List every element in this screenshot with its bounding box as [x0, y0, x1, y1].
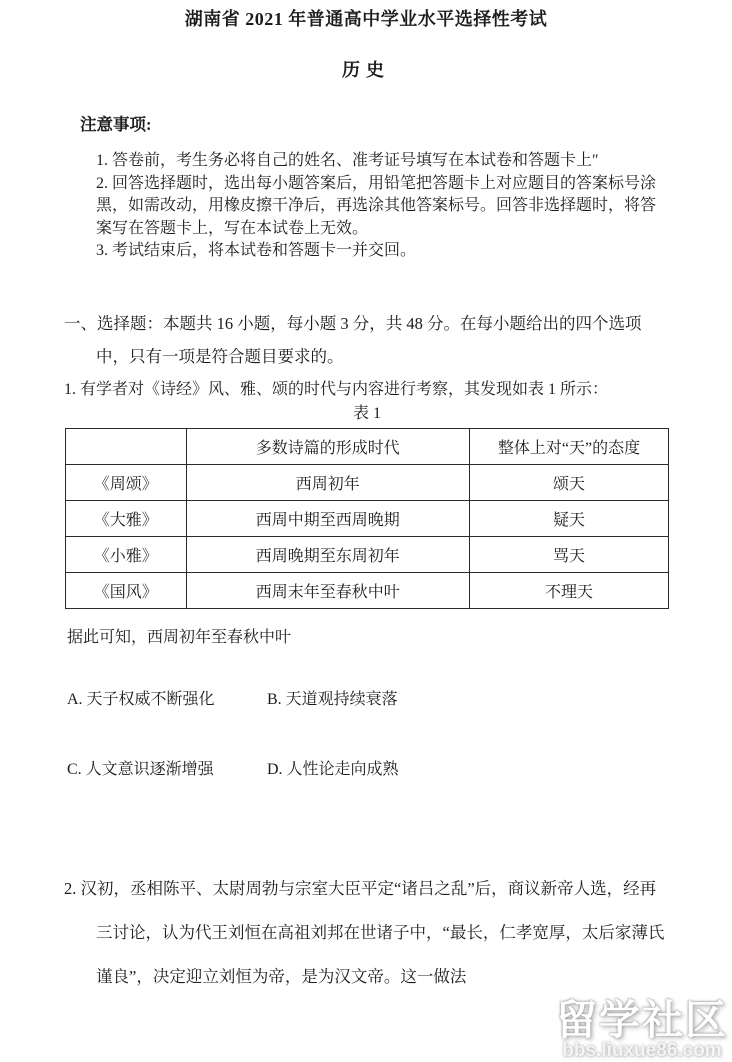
- table-header-row: 多数诗篇的形成时代 整体上对“天”的态度: [66, 428, 669, 464]
- table-cell-attitude: 不理天: [470, 572, 669, 608]
- options-row-cd: C. 人文意识逐渐增强 D. 人性论走向成熟: [67, 759, 732, 781]
- table-cell-era: 西周中期至西周晚期: [186, 500, 469, 536]
- question-2-stem: 2. 汉初，丞相陈平、太尉周勃与宗室大臣平定“诸吕之乱”后，商议新帝人选，经再三…: [96, 867, 670, 999]
- table-row: 《周颂》 西周初年 颂天: [66, 464, 669, 500]
- options-row-ab: A. 天子权威不断强化 B. 天道观持续衰落: [67, 689, 732, 711]
- table-header-attitude: 整体上对“天”的态度: [470, 428, 669, 464]
- table-row: 《小雅》 西周晚期至东周初年 骂天: [66, 536, 669, 572]
- table-1-caption: 表 1: [65, 403, 669, 425]
- table-header-era: 多数诗篇的形成时代: [186, 428, 469, 464]
- table-cell-label: 《周颂》: [66, 464, 187, 500]
- table-cell-attitude: 颂天: [470, 464, 669, 500]
- table-cell-era: 西周晚期至东周初年: [186, 536, 469, 572]
- question-1-conclusion: 据此可知，西周初年至春秋中叶: [67, 627, 732, 649]
- table-cell-attitude: 疑天: [470, 500, 669, 536]
- option-a: A. 天子权威不断强化: [67, 689, 267, 711]
- notice-item-3: 3. 考试结束后，将本试卷和答题卡一并交回。: [96, 240, 656, 263]
- watermark-url: bbs.liuxue86.com: [556, 1040, 728, 1062]
- option-d: D. 人性论走向成熟: [267, 759, 399, 781]
- table-cell-label: 《国风》: [66, 572, 187, 608]
- table-cell-label: 《大雅》: [66, 500, 187, 536]
- exam-page: 湖南省 2021 年普通高中学业水平选择性考试 历史 注意事项: 1. 答卷前，…: [0, 0, 732, 1062]
- table-row: 《大雅》 西周中期至西周晚期 疑天: [66, 500, 669, 536]
- table-cell-attitude: 骂天: [470, 536, 669, 572]
- notice-section: 注意事项: 1. 答卷前，考生务必将自己的姓名、准考证号填写在本试卷和答题卡上″…: [80, 114, 672, 263]
- exam-subject: 历史: [0, 58, 732, 82]
- poetry-attitude-table: 多数诗篇的形成时代 整体上对“天”的态度 《周颂》 西周初年 颂天 《大雅》 西…: [65, 428, 669, 609]
- question-1: 1. 有学者对《诗经》风、雅、颂的时代与内容进行考察，其发现如表 1 所示： 表…: [0, 379, 732, 781]
- notice-item-1: 1. 答卷前，考生务必将自己的姓名、准考证号填写在本试卷和答题卡上″: [96, 150, 656, 173]
- question-1-stem: 1. 有学者对《诗经》风、雅、颂的时代与内容进行考察，其发现如表 1 所示：: [64, 379, 672, 401]
- option-c: C. 人文意识逐渐增强: [67, 759, 267, 781]
- notice-item-2: 2. 回答选择题时，选出每小题答案后，用铅笔把答题卡上对应题目的答案标号涂黑，如…: [96, 173, 656, 241]
- table-header-blank: [66, 428, 187, 464]
- table-cell-era: 西周初年: [186, 464, 469, 500]
- table-cell-era: 西周末年至春秋中叶: [186, 572, 469, 608]
- exam-title: 湖南省 2021 年普通高中学业水平选择性考试: [0, 6, 732, 32]
- table-cell-label: 《小雅》: [66, 536, 187, 572]
- watermark: 留学社区 bbs.liuxue86.com: [556, 998, 728, 1062]
- section-1-heading: 一、选择题：本题共 16 小题，每小题 3 分，共 48 分。在每小题给出的四个…: [96, 307, 670, 373]
- option-b: B. 天道观持续衰落: [267, 689, 398, 711]
- watermark-logo-text: 留学社区: [556, 998, 728, 1042]
- notice-items: 1. 答卷前，考生务必将自己的姓名、准考证号填写在本试卷和答题卡上″ 2. 回答…: [96, 150, 656, 263]
- table-row: 《国风》 西周末年至春秋中叶 不理天: [66, 572, 669, 608]
- notice-heading: 注意事项:: [80, 114, 672, 136]
